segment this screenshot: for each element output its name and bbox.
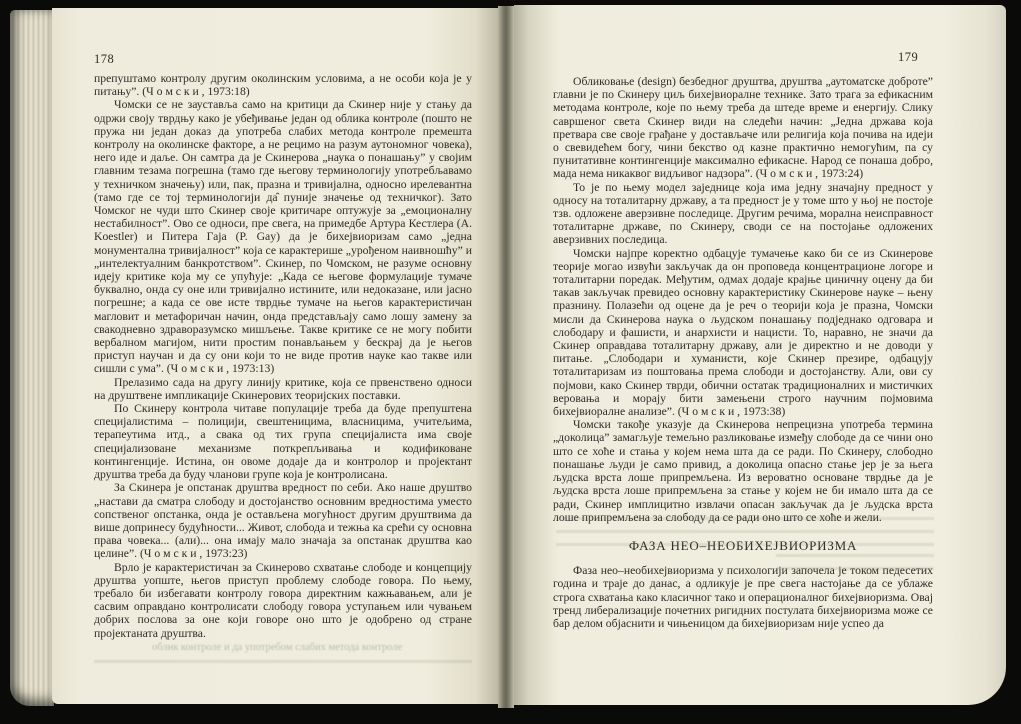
right-page: 179 Обликовање (design) безбедног друштв… (514, 5, 1006, 705)
bleed-through-streaks (556, 513, 934, 547)
left-page-text: препуштамо контролу другим околинским ус… (94, 72, 472, 640)
paragraph: За Скинера је опстанак друштва вредност … (94, 481, 472, 560)
page-edge-stack (10, 10, 54, 706)
paragraph: Врло је карактеристичан за Скинерово схв… (94, 561, 472, 640)
book-gutter (498, 6, 514, 708)
paragraph: Прелазимо сада на другу линију критике, … (94, 376, 472, 402)
bleed-through-streaks (94, 656, 472, 668)
paragraph: Обликовање (design) безбедног друштва, д… (553, 75, 933, 181)
paragraph: То је по њему модел заједнице која има ј… (553, 181, 933, 247)
paragraph: Чомски се не зауставља само на критици д… (94, 98, 472, 375)
page-number-right: 179 (898, 50, 918, 65)
bleed-through-streaks (776, 550, 934, 580)
left-page: 178 препуштамо контролу другим околински… (52, 8, 498, 704)
paragraph: Чомски најпре коректно одбацује тумачење… (553, 247, 933, 419)
paragraph: Чомски такође указује да Скинерова непре… (553, 418, 933, 524)
bleed-through-text: облик контроле и да употребом слабих мет… (152, 642, 482, 653)
paragraph: препуштамо контролу другим околинским ус… (94, 72, 472, 98)
open-book-scan: 178 препуштамо контролу другим околински… (0, 0, 1021, 724)
paragraph: По Скинеру контрола читаве популације тр… (94, 402, 472, 481)
page-number-left: 178 (94, 52, 114, 67)
